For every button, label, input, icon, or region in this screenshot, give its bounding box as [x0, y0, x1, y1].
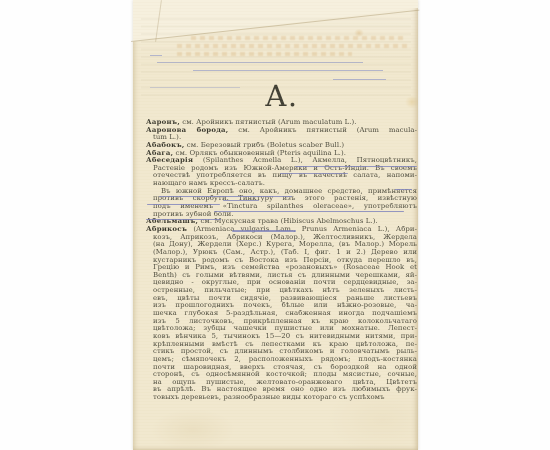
section-letter-heading: А.: [146, 80, 417, 112]
entry-line: кустарникъ родомъ съ Востока изъ Персіи,…: [146, 257, 417, 265]
entry-line: Ааронова борода, см. Аройникъ пятнистый …: [146, 127, 417, 135]
entry-line: Абабокъ, см. Березовый грибъ (Boletus sc…: [146, 142, 417, 150]
entry-line: изъ прошлогоднихъ почекъ, бѣлые или нѣжн…: [146, 302, 417, 310]
pen-underline-mark: [295, 166, 417, 167]
headword: Ааронова борода,: [146, 127, 228, 134]
scan-background: А. Ааронъ, см. Аройникъ пятнистый (Arum …: [0, 0, 550, 450]
showthrough-ink-line: [193, 70, 383, 71]
headword: Абага,: [146, 150, 173, 157]
entry-line: Ааронъ, см. Аройникъ пятнистый (Arum mac…: [146, 119, 417, 127]
showthrough-ink-line: [157, 62, 363, 63]
book-page: А. Ааронъ, см. Аройникъ пятнистый (Arum …: [133, 0, 418, 450]
entry-line: козъ, Априкозъ, Абрикоси (Малор.), Желто…: [146, 234, 417, 242]
dictionary-entries: Ааронъ, см. Аройникъ пятнистый (Arum mac…: [146, 119, 417, 402]
entry-line: Въ южной Европѣ оно, какъ, домашнее сред…: [146, 188, 417, 196]
pen-underline-mark: [146, 219, 221, 220]
entry-line: tum L.).: [146, 134, 417, 142]
entry-line: въ апрѣлѣ. Въ настоящее время оно одно и…: [146, 386, 417, 394]
pen-underline-mark: [147, 204, 220, 205]
entry-line: сторонѣ, съ односѣмянной косточкой; плод…: [146, 371, 417, 379]
headword: Абеседарія: [146, 157, 193, 164]
entry-line: ковъ вѣнчика 5, тычинокъ 15—20 съ нитеви…: [146, 333, 417, 341]
entry-line: стикъ простой, съ длиннымъ столбикомъ и …: [146, 348, 417, 356]
entry-line: Абага, см. Орлякъ обыкновенный (Pteris a…: [146, 150, 417, 158]
entry-line: Грецію и Римъ, изъ семейства «розановыхъ…: [146, 264, 417, 272]
headword: Ааронъ,: [146, 119, 180, 126]
entry-line: шечка глубокая 5-раздѣльная, снабженная …: [146, 310, 417, 318]
headword: Абрикосъ: [146, 226, 187, 233]
entry-line: товыхъ деревьевъ, разнообразные виды кот…: [146, 394, 417, 402]
entry-line: на ощупь пушистые, желтовато-оранжеваго …: [146, 379, 417, 387]
entry-line: изъ 5 листочковъ, прикрѣпленная къ краю …: [146, 318, 417, 326]
entry-line: нающаго намъ крессъ-салатъ.: [146, 180, 417, 188]
entry-line: Benth) съ голыми вѣтвями, листья съ длин…: [146, 272, 417, 280]
entry-line: крѣпленными вмѣстѣ съ лепестками къ краю…: [146, 341, 417, 349]
entry-line: цевидно - округлые, при основаніи почти …: [146, 279, 417, 287]
entry-line: остренные, пильчатые; при цвѣткахъ нѣтъ …: [146, 287, 417, 295]
showthrough-row: [191, 36, 403, 40]
entry-line: (Малор.), Урюкъ (Сам., Астр.), (Таб. I, …: [146, 249, 417, 257]
entry-line: (на Дону), Жердели (Херс.) Курега, Морел…: [146, 241, 417, 249]
headword: Абабокъ,: [146, 142, 185, 149]
pen-underline-mark: [232, 230, 296, 231]
entry-line: почти шаровидная, вверхъ стоячая, съ бор…: [146, 364, 417, 372]
showthrough-row: [177, 52, 352, 56]
entry-line: евъ, цвѣты почти сидячіе, развивающіеся …: [146, 295, 417, 303]
showthrough-row: [177, 44, 407, 48]
entry-line: цемъ; сѣмяпочекъ 2, расположенныхъ рядом…: [146, 356, 417, 364]
entry-line: цвѣтоложа; зубцы чашечки пушистые или мо…: [146, 325, 417, 333]
showthrough-ink-line: [150, 55, 162, 56]
entry-line: Абеседарія (Spilanthes Acmella L.), Акме…: [146, 157, 417, 165]
